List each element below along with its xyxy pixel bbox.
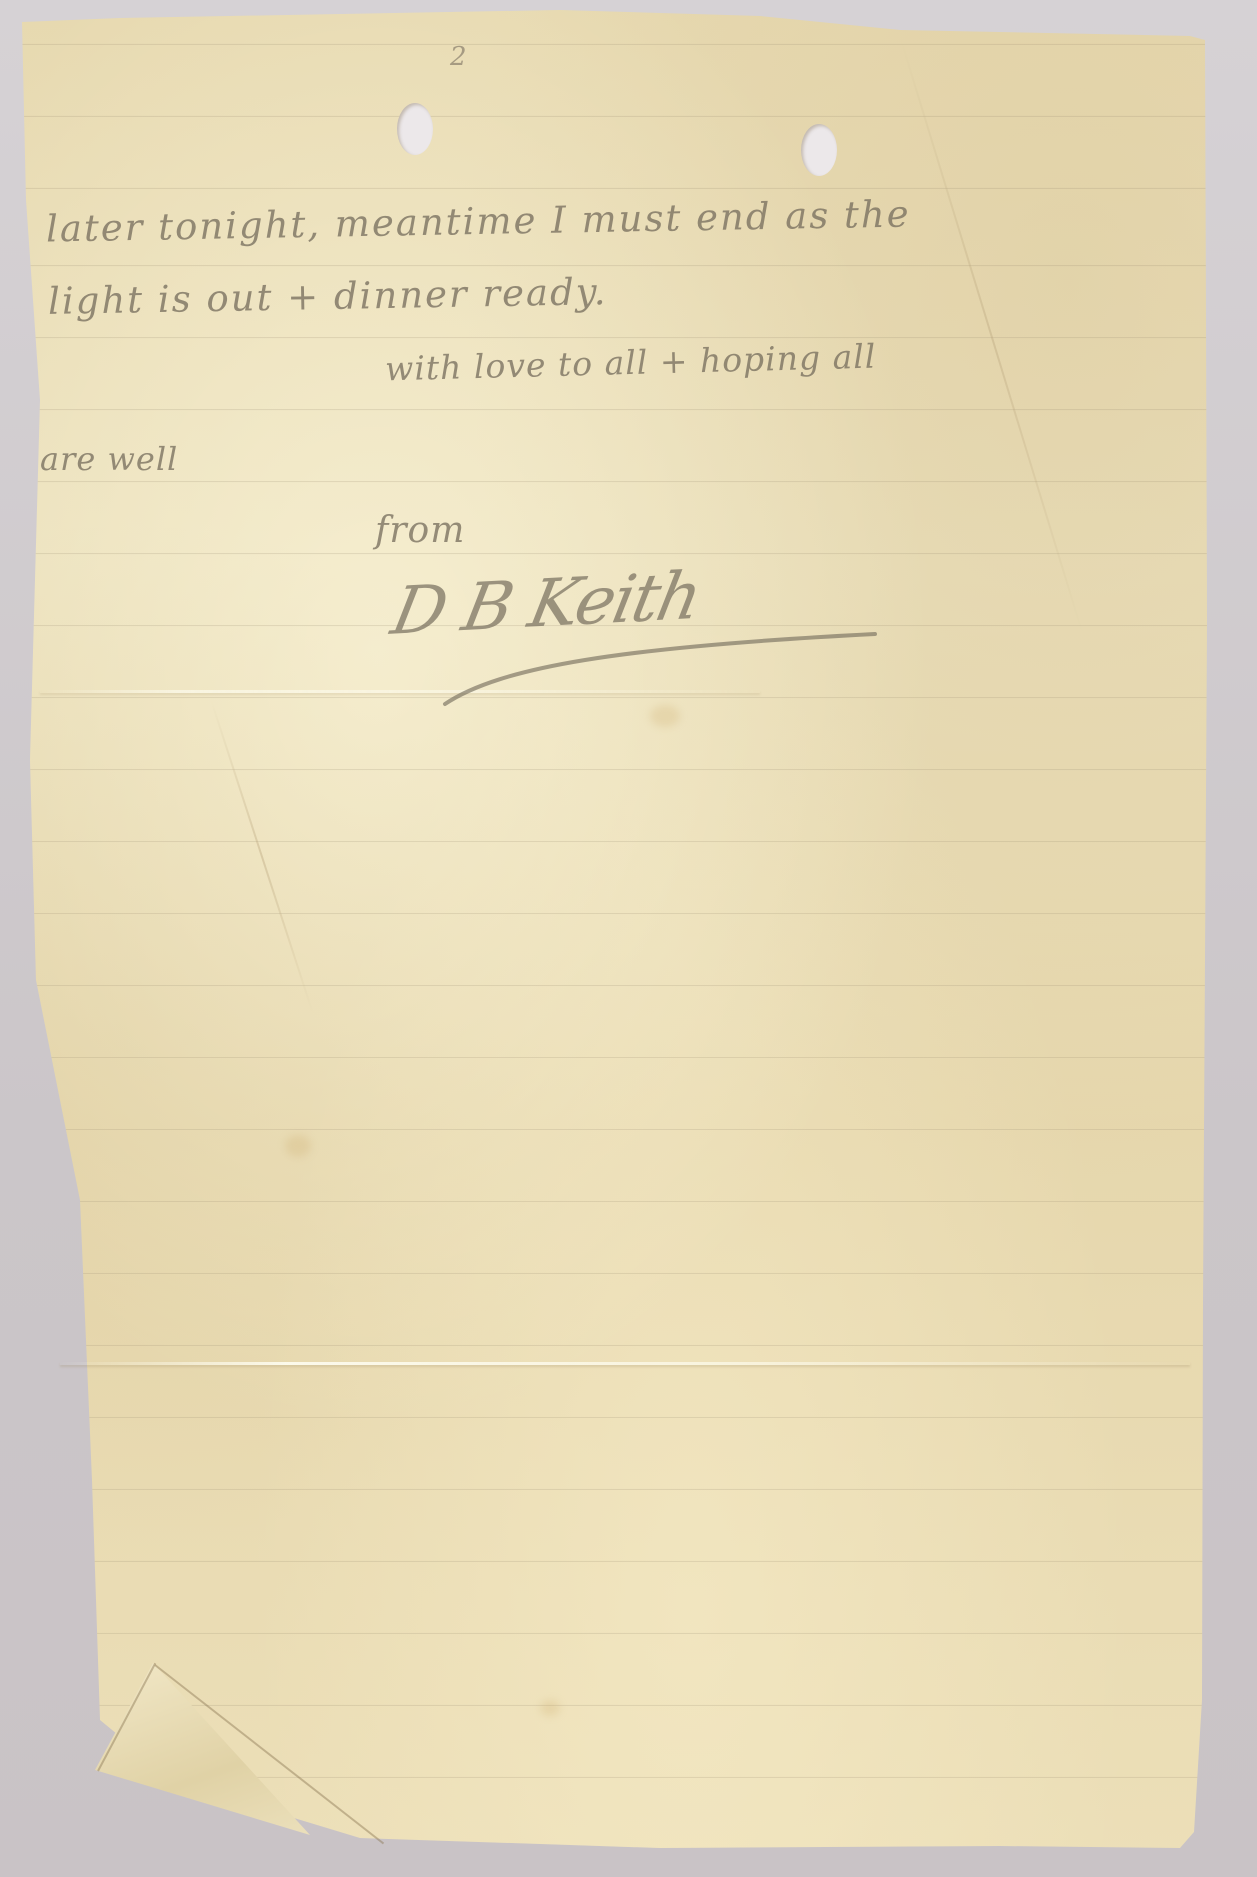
paper-stain bbox=[285, 1135, 311, 1157]
horizontal-crease bbox=[60, 1362, 1190, 1365]
letter-closing: from bbox=[375, 510, 465, 551]
paper-stain bbox=[650, 705, 680, 727]
paper-stain bbox=[540, 1700, 560, 1716]
punch-hole-right bbox=[801, 124, 837, 176]
punch-hole-left bbox=[397, 103, 433, 155]
letter-line: are well bbox=[40, 440, 178, 478]
page-number: 2 bbox=[450, 42, 468, 72]
signature-flourish bbox=[440, 612, 880, 707]
